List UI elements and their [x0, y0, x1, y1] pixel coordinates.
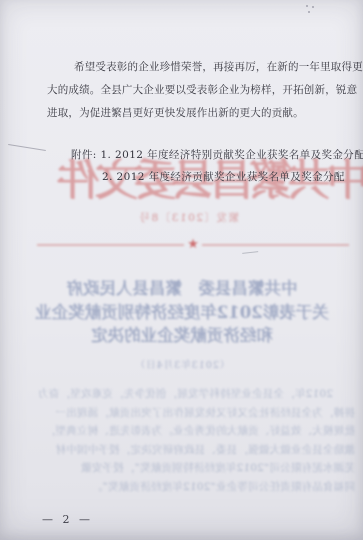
scan-speck: [306, 5, 308, 7]
attachment-item-1: 附件: 1. 2012 年度经济特别贡献奖企业获奖名单及奖金分配: [71, 147, 363, 162]
paragraph-line: 进取，为促进繁昌更好更快发展作出新的更大的贡献。: [47, 102, 347, 125]
closing-paragraph: 希望受表彰的企业珍惜荣誉，再接再厉，在新的一年里取得更 大的成绩。全县广大企业要…: [47, 56, 347, 125]
scan-speck: [308, 11, 310, 13]
paragraph-line: 希望受表彰的企业珍惜荣誉，再接再厉，在新的一年里取得更: [47, 56, 347, 79]
paragraph-line: 大的成绩。全县广大企业要以受表彰企业为榜样，开拓创新，锐意: [47, 79, 347, 102]
scan-speck: [312, 6, 314, 8]
printed-text-layer: 希望受表彰的企业珍惜荣誉，再接再厉，在新的一年里取得更 大的成绩。全县广大企业要…: [0, 0, 363, 540]
page-number: — 2 —: [42, 513, 93, 526]
scanned-document-page: 中共繁昌县委文件 繁发〔2013〕8号 ★ 中共繁昌县委 繁昌县人民政府 关于表…: [0, 0, 363, 540]
attachment-item-2: 2. 2012 年度经济贡献奖企业获奖名单及奖金分配: [102, 169, 345, 184]
